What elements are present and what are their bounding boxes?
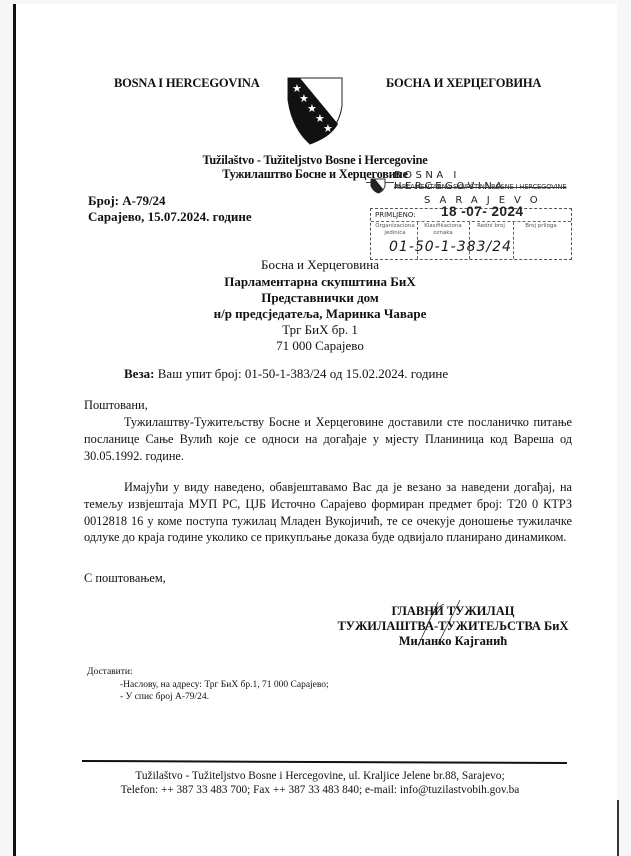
stamp-received-row: PRIMLJENO: 18 -07- 2024 xyxy=(371,209,571,222)
stamp-table: PRIMLJENO: 18 -07- 2024 Organizaciona je… xyxy=(370,208,572,260)
country-name-latin: BOSNA I HERCEGOVINA xyxy=(114,76,260,91)
subject-text: Ваш упит број: 01-50-1-383/24 од 15.02.2… xyxy=(155,366,449,381)
scan-edge-left xyxy=(13,4,16,856)
stamp-received-label: PRIMLJENO: xyxy=(375,211,416,219)
salutation: Поштовани, xyxy=(84,398,148,413)
stamp-divider xyxy=(513,222,515,259)
paragraph-1: Тужилаштву-Тужитељству Босне и Херцегови… xyxy=(84,414,572,464)
receipt-stamp: BOSNA I HERCEGOVINA PARLAMENTARNA SKUPŠT… xyxy=(366,170,571,262)
recipient-line-5: Трг БиХ бр. 1 xyxy=(180,322,460,338)
signatory-name: Миланко Кајганић xyxy=(318,634,588,649)
signatory-title-2: ТУЖИЛАШТВА-ТУЖИТЕЉСТВА БиХ xyxy=(318,619,588,634)
reference-number: Број: А-79/24 xyxy=(88,193,166,209)
scan-edge-right xyxy=(617,800,619,856)
stamp-handwritten-number: 01-50-1-383/24 xyxy=(389,239,512,255)
subject-line: Веза: Ваш упит број: 01-50-1-383/24 од 1… xyxy=(124,366,448,382)
subject-label: Веза: xyxy=(124,366,155,381)
parliament-logo-icon xyxy=(370,178,386,194)
stamp-received-date: 18 -07- 2024 xyxy=(441,204,524,219)
stamp-col-org-unit: Organizaciona jedinica xyxy=(373,223,417,237)
institution-name-latin: Tužilaštvo - Tužiteljstvo Bosne i Herceg… xyxy=(150,153,480,168)
paragraph-2: Имајући у виду наведено, обавјештавамо В… xyxy=(84,479,572,546)
footer-contact: Telefon: ++ 387 33 483 700; Fax ++ 387 3… xyxy=(60,784,580,796)
recipient-line-3: Представнички дом xyxy=(180,290,460,306)
paragraph-1-text: Тужилаштву-Тужитељству Босне и Херцегови… xyxy=(84,415,572,463)
recipient-line-4: н/р предсједатеља, Маринка Чаваре xyxy=(180,306,460,322)
recipient-line-6: 71 000 Сарајево xyxy=(180,338,460,354)
country-name-cyrillic: БОСНА И ХЕРЦЕГОВИНА xyxy=(386,76,541,91)
stamp-col-attachments: Broj priloga xyxy=(515,223,567,230)
stamp-col-ordinal: Redni broj xyxy=(471,223,511,230)
coat-of-arms-icon: ★ ★ ★ ★ ★ xyxy=(286,76,346,146)
place-and-date: Сарајево, 15.07.2024. године xyxy=(88,209,252,225)
recipient-line-1: Босна и Херцеговина xyxy=(180,257,460,273)
recipient-line-2: Парламентарна скупштина БиХ xyxy=(180,274,460,290)
paragraph-2-text: Имајући у виду наведено, обавјештавамо В… xyxy=(84,480,572,544)
distribution-label: Доставити: xyxy=(87,667,133,677)
footer-address: Tužilaštvo - Tužiteljstvo Bosne i Herceg… xyxy=(60,770,580,782)
svg-text:★: ★ xyxy=(323,122,333,135)
distribution-item: - У спис број А-79/24. xyxy=(120,692,209,702)
signatory-title-1: ГЛАВНИ ТУЖИЛАЦ xyxy=(318,604,588,619)
stamp-column-headers: Organizaciona jedinica Klasifikaciona oz… xyxy=(371,222,571,240)
stamp-col-classification: Klasifikaciona oznaka xyxy=(419,223,467,237)
closing: С поштовањем, xyxy=(84,571,166,586)
distribution-item: -Наслову, на адресу: Трг БиХ бр.1, 71 00… xyxy=(120,680,329,690)
stamp-line-parliament: PARLAMENTARNA SKUPŠTINA BOSNE I HERCEGOV… xyxy=(394,183,566,191)
